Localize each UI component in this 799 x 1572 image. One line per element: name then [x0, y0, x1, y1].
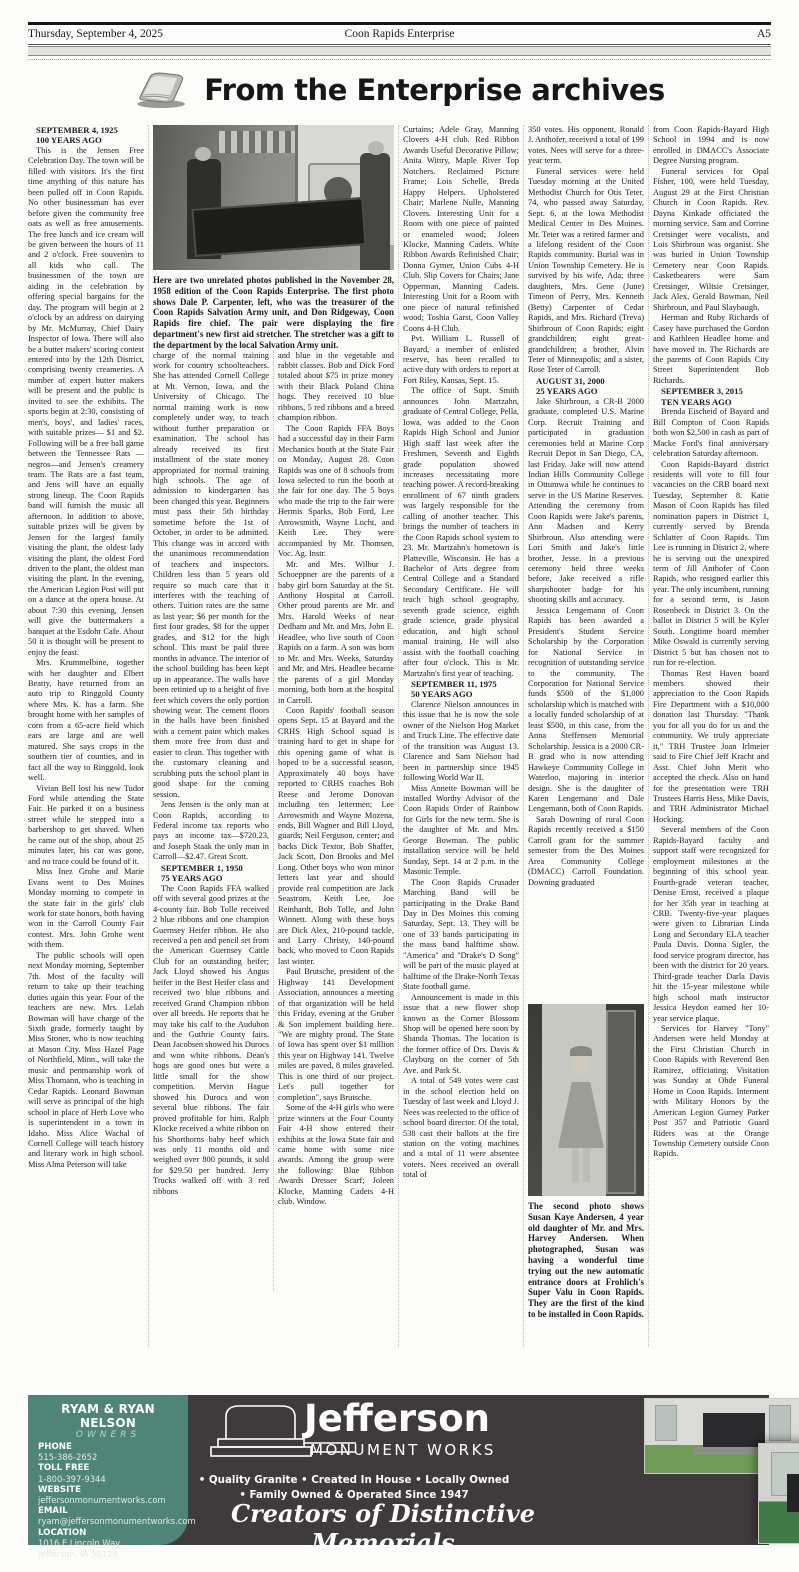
ad-email-value[interactable]: ryam@jeffersonmonumentworks.com [38, 1516, 178, 1526]
article-paragraph: Funeral services for Opal Fisher, 100, w… [653, 167, 769, 313]
archive-section-heading: TEN YEARS AGO [653, 397, 769, 407]
archive-section-heading: 100 YEARS AGO [28, 135, 144, 145]
ad-tollfree-label: TOLL FREE [38, 1463, 178, 1473]
article-columns: SEPTEMBER 4, 1925100 YEARS AGOThis is th… [28, 125, 769, 1347]
ad-tollfree-value: 1-800-397-9344 [38, 1474, 178, 1484]
article-paragraph: The Coon Rapids FFA walked off with seve… [153, 884, 269, 1198]
article-paragraph: charge of the normal training work for c… [153, 351, 269, 800]
ad-location-value-line1: 1016 E Lincoln Way [38, 1538, 178, 1548]
archive-section-heading: 75 YEARS AGO [153, 873, 269, 883]
ad-location-label: LOCATION [38, 1528, 178, 1538]
archive-section-heading: AUGUST 31, 2000 [528, 376, 644, 386]
article-paragraph: Brenda Eischeid of Bayard and Bill Compt… [653, 407, 769, 459]
photo-caption-2: The second photo shows Susan Kaye Anders… [528, 1201, 644, 1320]
article-paragraph: The office of Supt. Smith announces John… [403, 386, 519, 679]
archive-section-heading: SEPTEMBER 11, 1975 [403, 679, 519, 689]
article-paragraph: Coon Rapids' football season opens Sept.… [278, 706, 394, 967]
archive-section-heading: SEPTEMBER 3, 2015 [653, 386, 769, 396]
ad-website-value[interactable]: jeffersonmonumentworks.com [38, 1495, 178, 1505]
article-paragraph: Several members of the Coon Rapids-Bayar… [653, 825, 769, 1024]
article-paragraph: Coon Rapids-Bayard district residents wi… [653, 460, 769, 669]
archives-banner: From the Enterprise archives [0, 62, 799, 118]
article-paragraph: Herman and Ruby Richards of Casey have p… [653, 313, 769, 386]
article-paragraph: Sarah Downing of rural Coon Rapids recen… [528, 815, 644, 888]
header-gray-band [28, 46, 771, 56]
article-paragraph: Paul Brutsche, president of the Highway … [278, 967, 394, 1103]
article-column-5-text: 350 votes. His opponent, Ronald J. Antho… [528, 125, 644, 1001]
article-paragraph: Miss Annette Bowman will be installed Wo… [403, 784, 519, 878]
article-paragraph: Mrs. Krummelbine, together with her daug… [28, 658, 144, 783]
article-paragraph: A total of 549 votes were cast in the sc… [403, 1076, 519, 1181]
archive-section-heading: SEPTEMBER 4, 1925 [28, 125, 144, 135]
photo-caption-1: Here are two unrelated photos published … [153, 275, 394, 351]
article-paragraph: Curtains; Adele Gray, Manning Clovers 4-… [403, 125, 519, 334]
article-paragraph: This is the Jensen Free Celebration Day.… [28, 146, 144, 658]
article-paragraph: Miss Inez Grohe and Marie Evans went to … [28, 867, 144, 951]
archive-section-heading: 25 YEARS AGO [528, 386, 644, 396]
ad-website-label: WEBSITE [38, 1485, 178, 1495]
ad-bullet-1: • Quality Granite • Created In House • L… [194, 1473, 514, 1488]
jefferson-monument-works-ad: RYAM & RYAN NELSON OWNERS PHONE 515-386-… [28, 1395, 769, 1545]
ad-brand-panel: Jefferson MONUMENT WORKS • Quality Grani… [188, 1395, 769, 1545]
article-paragraph: Jens Jensen is the only man at Coon Rapi… [153, 800, 269, 863]
article-paragraph: Thomas Rest Haven board members showed t… [653, 669, 769, 826]
ad-email-label: EMAIL [38, 1506, 178, 1516]
paper-title: Coon Rapids Enterprise [28, 28, 771, 40]
article-column-1: SEPTEMBER 4, 1925100 YEARS AGOThis is th… [28, 125, 149, 1347]
article-column-4: Curtains; Adele Gray, Manning Clovers 4-… [403, 125, 524, 1347]
article-paragraph: Vivian Bell lost his new Tudor Ford whil… [28, 784, 144, 868]
article-paragraph: Some of the 4-H girls who were prize win… [278, 1103, 394, 1208]
article-column-3: and blue in the vegetable and rabbit cla… [278, 351, 394, 1291]
header-dotted-rule [28, 59, 771, 60]
article-paragraph: Clarence Nielson announces in this issue… [403, 700, 519, 784]
ad-brand-subtitle: MONUMENT WORKS [310, 1441, 496, 1459]
article-paragraph: Jake Shirbroun, a CR-B 2000 graduate, co… [528, 397, 644, 606]
ad-location-value-line2: Jefferson, IA 50129 [38, 1549, 178, 1559]
article-paragraph: Funeral services were held Tuesday morni… [528, 167, 644, 376]
page-header: Thursday, September 4, 2025 Coon Rapids … [28, 28, 771, 40]
ad-brand-name: Jefferson [304, 1397, 490, 1440]
article-paragraph: Services for Harvey "Tony" Andersen were… [653, 1024, 769, 1160]
archive-photo-girl [528, 1004, 644, 1196]
article-paragraph: Pvt. William L. Russell of Bayard, a mem… [403, 334, 519, 386]
book-icon [134, 71, 188, 109]
article-paragraph: and blue in the vegetable and rabbit cla… [278, 351, 394, 424]
ad-tagline: Creators of Distinctive Memorials [218, 1499, 548, 1557]
photo-column-group: Here are two unrelated photos published … [153, 125, 399, 1347]
archive-section-heading: 50 YEARS AGO [403, 689, 519, 699]
article-column-6: from Coon Rapids-Bayard High School in 1… [653, 125, 769, 1347]
article-paragraph: from Coon Rapids-Bayard High School in 1… [653, 125, 769, 167]
ad-owner-panel: RYAM & RYAN NELSON OWNERS PHONE 515-386-… [28, 1395, 188, 1545]
article-paragraph: The public schools will open next Monday… [28, 951, 144, 1171]
ad-owners-label: OWNERS [38, 1430, 178, 1440]
article-column-5: 350 votes. His opponent, Ronald J. Antho… [528, 125, 649, 1347]
ad-photo-showroom [758, 1443, 799, 1544]
ad-owners-name: RYAM & RYAN NELSON [38, 1402, 178, 1430]
banner-title: From the Enterprise archives [204, 73, 665, 107]
article-column-2: charge of the normal training work for c… [153, 351, 274, 1291]
article-paragraph: The Coon Rapids Crusader Marching Band w… [403, 878, 519, 993]
header-top-rule [28, 22, 771, 25]
article-paragraph: The Coon Rapids FFA Boys had a successfu… [278, 424, 394, 560]
article-paragraph: 350 votes. His opponent, Ronald J. Antho… [528, 125, 644, 167]
header-rule [28, 44, 771, 45]
article-paragraph: Announcement is made in this issue that … [403, 993, 519, 1077]
ad-phone-label: PHONE [38, 1442, 178, 1452]
article-paragraph: Mr. and Mrs. Wilbur J. Schoeppner are th… [278, 560, 394, 706]
article-paragraph: Jessica Lengemann of Coon Rapids has bee… [528, 606, 644, 815]
archive-photo-fire-truck [153, 125, 394, 270]
ad-phone-value: 515-386-2652 [38, 1452, 178, 1462]
archive-section-heading: SEPTEMBER 1, 1950 [153, 863, 269, 873]
